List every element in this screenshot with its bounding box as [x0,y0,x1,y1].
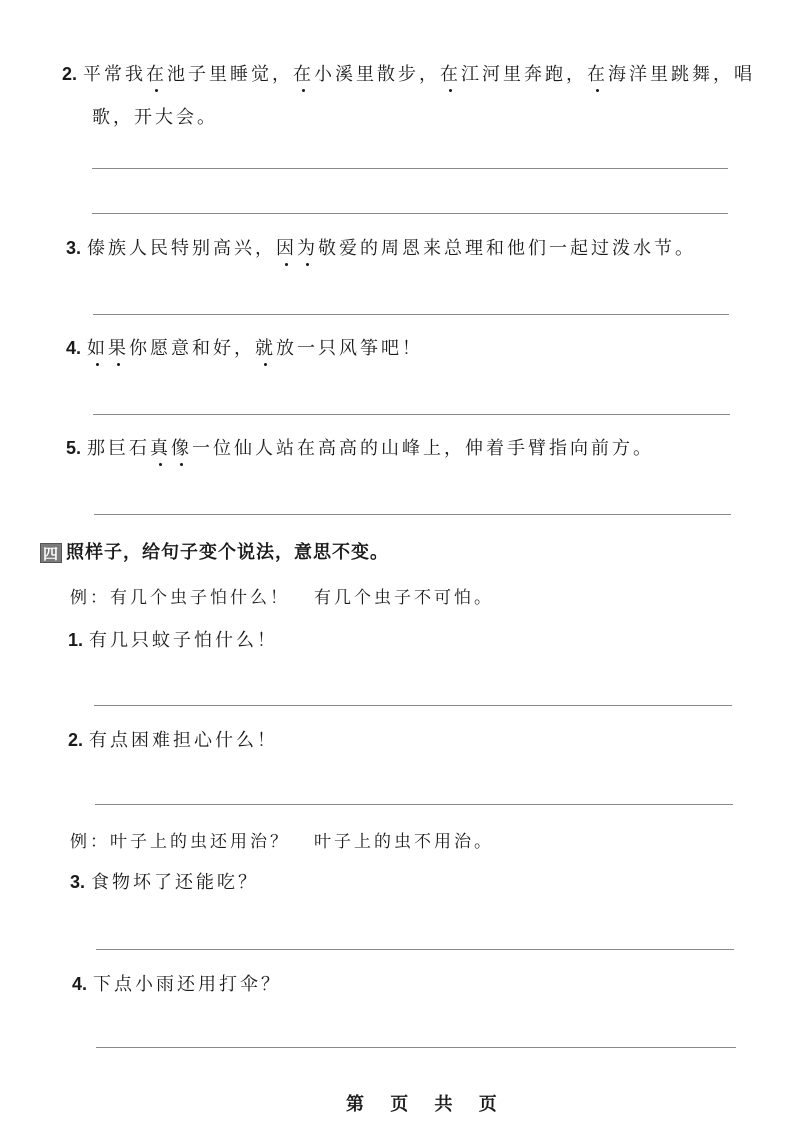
q5-seg: 那巨石 [87,438,150,459]
question-number: 4. [66,338,81,358]
q5-dotted-char: 像 [171,438,192,459]
example-prefix: 例： [70,832,110,852]
section-4-header: 四照样子，给句子变个说法，意思不变。 [40,538,389,564]
exercise-2: 2.有点困难担心什么！ [68,728,278,753]
q2-dotted-char: 在 [146,64,167,85]
example-2: 例：叶子上的虫还用治？叶子上的虫不用治。 [70,827,494,852]
answer-line[interactable] [93,414,730,415]
question-2-line2: 歌，开大会。 [92,106,218,130]
q2-seg: 池子里睡觉， [167,64,293,85]
question-4: 4.如果你愿意和好，就放一只风筝吧！ [66,336,423,361]
q2-seg: 平常我 [83,64,146,85]
exercise-3: 3.食物坏了还能吃？ [70,870,259,895]
example-answer: 有几个虫子不可怕。 [314,588,494,608]
answer-line[interactable] [95,804,733,805]
page-footer: 第 页 共 页 [346,1090,507,1116]
example-question: 叶子上的虫还用治？ [110,832,290,852]
answer-line[interactable] [94,514,731,515]
example-prefix: 例： [70,588,110,608]
q2-seg: 小溪里散步， [314,64,440,85]
example-answer: 叶子上的虫不用治。 [314,832,494,852]
exercise-text: 下点小雨还用打伞？ [93,974,282,995]
question-number: 3. [70,872,85,892]
answer-line[interactable] [92,213,728,214]
question-2: 2.平常我在池子里睡觉，在小溪里散步，在江河里奔跑，在海洋里跳舞，唱 [62,62,755,87]
question-3: 3.傣族人民特别高兴，因为敬爱的周恩来总理和他们一起过泼水节。 [66,236,696,261]
answer-line[interactable] [96,1047,736,1048]
section-number-badge: 四 [40,543,62,563]
q4-seg: 放一只风筝吧！ [276,338,423,359]
exercise-1: 1.有几只蚊子怕什么！ [68,628,278,653]
question-number: 1. [68,630,83,650]
q5-seg: 一位仙人站在高高的山峰上，伸着手臂指向前方。 [192,438,654,459]
q3-seg: 敬爱的周恩来总理和他们一起过泼水节。 [318,238,696,259]
answer-line[interactable] [93,314,729,315]
q3-dotted-char: 因 [276,238,297,259]
q4-dotted-char: 如 [87,338,108,359]
question-number: 2. [62,64,77,84]
q3-dotted-char: 为 [297,238,318,259]
answer-line[interactable] [96,949,734,950]
answer-line[interactable] [92,168,728,169]
answer-line[interactable] [94,705,732,706]
q2-dotted-char: 在 [587,64,608,85]
question-number: 3. [66,238,81,258]
exercise-text: 食物坏了还能吃？ [91,872,259,893]
exercise-text: 有点困难担心什么！ [89,730,278,751]
q2-dotted-char: 在 [440,64,461,85]
q3-seg: 傣族人民特别高兴， [87,238,276,259]
q4-dotted-char: 就 [255,338,276,359]
exercise-text: 有几只蚊子怕什么！ [89,630,278,651]
question-5: 5.那巨石真像一位仙人站在高高的山峰上，伸着手臂指向前方。 [66,436,654,461]
example-question: 有几个虫子怕什么！ [110,588,290,608]
exercise-4: 4.下点小雨还用打伞？ [72,972,282,997]
q2-seg: 江河里奔跑， [461,64,587,85]
q2-seg: 海洋里跳舞，唱 [608,64,755,85]
q4-seg: 你愿意和好， [129,338,255,359]
q4-dotted-char: 果 [108,338,129,359]
section-title: 照样子，给句子变个说法，意思不变。 [66,542,389,563]
q5-dotted-char: 真 [150,438,171,459]
question-number: 4. [72,974,87,994]
example-1: 例：有几个虫子怕什么！有几个虫子不可怕。 [70,583,494,608]
question-number: 2. [68,730,83,750]
question-number: 5. [66,438,81,458]
q2-dotted-char: 在 [293,64,314,85]
